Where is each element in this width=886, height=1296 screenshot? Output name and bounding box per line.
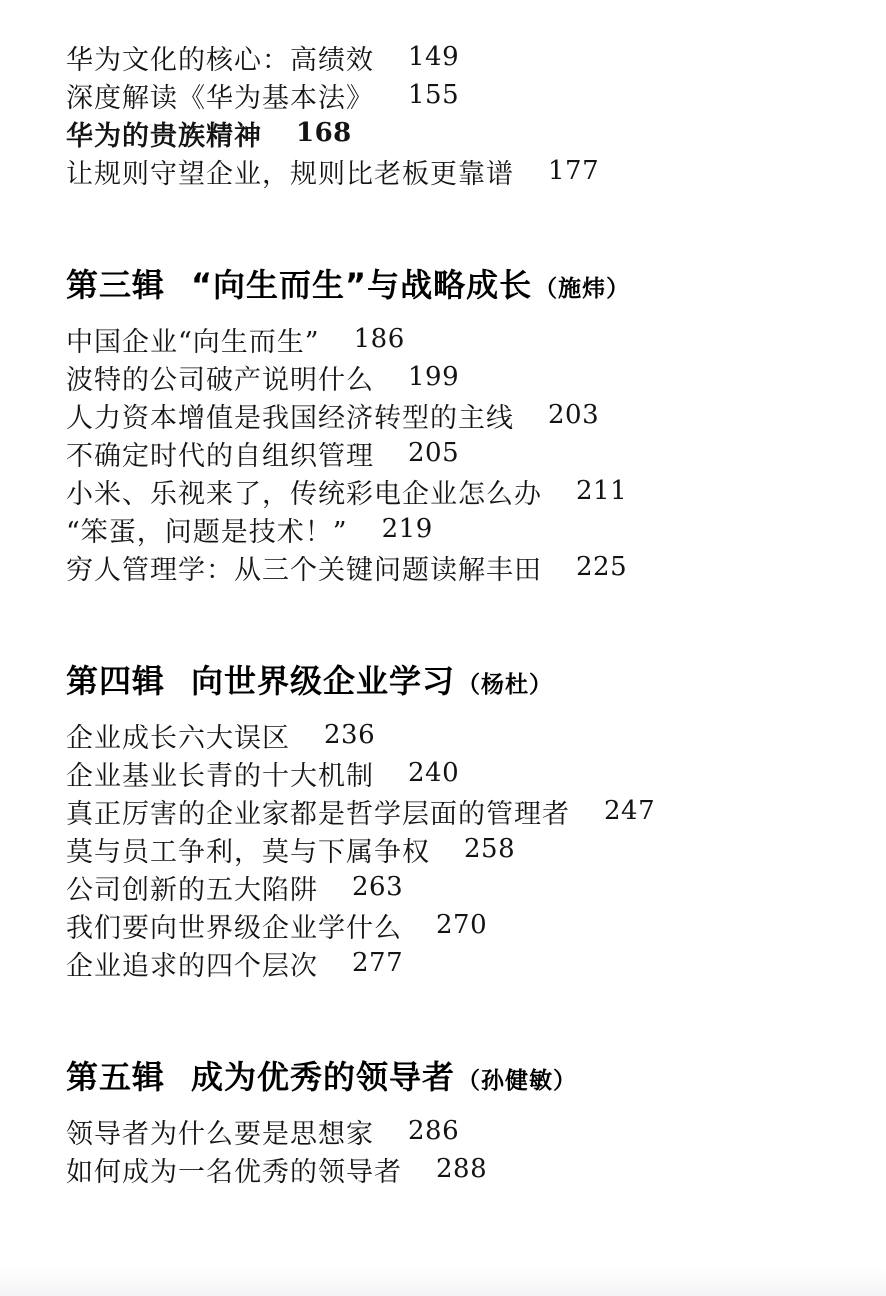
toc-entry-page-number: 258	[464, 834, 515, 864]
toc-entry-page-number: 205	[408, 438, 459, 468]
toc-entry-page-number: 219	[382, 514, 433, 544]
toc-section: 华为文化的核心：高绩效149深度解读《华为基本法》155华为的贵族精神168让规…	[66, 38, 846, 190]
toc-entry-title: 小米、乐视来了，传统彩电企业怎么办	[66, 472, 542, 511]
toc-entry-title: 中国企业“向生而生”	[66, 320, 320, 359]
section-heading-title: 向世界级企业学习	[191, 656, 455, 702]
toc-entry-title: 我们要向世界级企业学什么	[66, 906, 402, 945]
section-heading-label: 第五辑	[66, 1052, 165, 1098]
toc-entry-title: 不确定时代的自组织管理	[66, 434, 374, 473]
toc-entry-title: 领导者为什么要是思想家	[66, 1112, 374, 1151]
toc-entry-page-number: 236	[324, 720, 375, 750]
toc-entry: “笨蛋，问题是技术！”219	[66, 510, 846, 548]
section-heading-label: 第三辑	[66, 260, 165, 306]
toc-entry-title: 公司创新的五大陷阱	[66, 868, 318, 907]
toc-entry: 小米、乐视来了，传统彩电企业怎么办211	[66, 472, 846, 510]
toc-entry-page-number: 286	[408, 1116, 459, 1146]
toc-entry-page-number: 288	[436, 1154, 487, 1184]
toc-entry: 领导者为什么要是思想家286	[66, 1112, 846, 1150]
toc-entry-page-number: 263	[352, 872, 403, 902]
toc-entry-title: 让规则守望企业，规则比老板更靠谱	[66, 152, 514, 191]
toc-entry-page-number: 177	[548, 156, 599, 186]
toc-entry-title: 企业基业长青的十大机制	[66, 754, 374, 793]
toc-entry: 公司创新的五大陷阱263	[66, 868, 846, 906]
toc-entry: 波特的公司破产说明什么199	[66, 358, 846, 396]
toc-entry: 穷人管理学：从三个关键问题读解丰田225	[66, 548, 846, 586]
toc-entry-title: 企业成长六大误区	[66, 716, 290, 755]
section-heading-author: （施炜）	[534, 270, 630, 303]
toc-entry: 我们要向世界级企业学什么270	[66, 906, 846, 944]
toc-entry: 企业追求的四个层次277	[66, 944, 846, 982]
toc-entry-page-number: 247	[604, 796, 655, 826]
toc-section: 第五辑成为优秀的领导者（孙健敏）领导者为什么要是思想家286如何成为一名优秀的领…	[66, 1052, 846, 1188]
toc-entry-title: 莫与员工争利，莫与下属争权	[66, 830, 430, 869]
toc-entry: 让规则守望企业，规则比老板更靠谱177	[66, 152, 846, 190]
toc-entry-title: 企业追求的四个层次	[66, 944, 318, 983]
section-heading: 第四辑向世界级企业学习（杨杜）	[66, 656, 846, 702]
toc-entry-title: 真正厉害的企业家都是哲学层面的管理者	[66, 792, 570, 831]
toc-section: 第三辑“向生而生”与战略成长（施炜）中国企业“向生而生”186波特的公司破产说明…	[66, 260, 846, 586]
toc-section: 第四辑向世界级企业学习（杨杜）企业成长六大误区236企业基业长青的十大机制240…	[66, 656, 846, 982]
toc-entry-page-number: 277	[352, 948, 403, 978]
toc-entry-page-number: 203	[548, 400, 599, 430]
toc-entry-title: 华为文化的核心：高绩效	[66, 38, 374, 77]
toc-entry: 真正厉害的企业家都是哲学层面的管理者247	[66, 792, 846, 830]
toc-entry: 如何成为一名优秀的领导者288	[66, 1150, 846, 1188]
toc-entry-page-number: 240	[408, 758, 459, 788]
toc-entry-title: 华为的贵族精神	[66, 114, 262, 153]
toc-entry-page-number: 199	[408, 362, 459, 392]
toc-entry: 深度解读《华为基本法》155	[66, 76, 846, 114]
toc-entry-page-number: 225	[576, 552, 627, 582]
toc-entry-page-number: 168	[296, 118, 352, 148]
toc-entry: 莫与员工争利，莫与下属争权258	[66, 830, 846, 868]
toc-entry-page-number: 149	[408, 42, 459, 72]
toc-entry: 华为的贵族精神168	[66, 114, 846, 152]
toc-entry-title: 深度解读《华为基本法》	[66, 76, 374, 115]
toc-entry-page-number: 270	[436, 910, 487, 940]
section-heading: 第三辑“向生而生”与战略成长（施炜）	[66, 260, 846, 306]
section-heading-label: 第四辑	[66, 656, 165, 702]
toc-entry: 人力资本增值是我国经济转型的主线203	[66, 396, 846, 434]
toc-entry-page-number: 211	[576, 476, 627, 506]
toc-entry-title: 人力资本增值是我国经济转型的主线	[66, 396, 514, 435]
book-page: 华为文化的核心：高绩效149深度解读《华为基本法》155华为的贵族精神168让规…	[0, 0, 886, 1296]
toc-entry-title: 穷人管理学：从三个关键问题读解丰田	[66, 548, 542, 587]
section-heading-title: 成为优秀的领导者	[191, 1052, 455, 1098]
section-heading-author: （杨杜）	[457, 666, 553, 699]
section-heading-title: “向生而生”与战略成长	[191, 260, 532, 306]
toc-entry: 不确定时代的自组织管理205	[66, 434, 846, 472]
table-of-contents: 华为文化的核心：高绩效149深度解读《华为基本法》155华为的贵族精神168让规…	[0, 0, 886, 1188]
toc-entry: 企业基业长青的十大机制240	[66, 754, 846, 792]
toc-entry: 中国企业“向生而生”186	[66, 320, 846, 358]
section-heading-author: （孙健敏）	[457, 1062, 577, 1095]
toc-entry: 企业成长六大误区236	[66, 716, 846, 754]
section-heading: 第五辑成为优秀的领导者（孙健敏）	[66, 1052, 846, 1098]
toc-entry-title: 波特的公司破产说明什么	[66, 358, 374, 397]
toc-entry-page-number: 186	[354, 324, 405, 354]
page-bottom-fade	[0, 1268, 886, 1296]
toc-entry-title: “笨蛋，问题是技术！”	[66, 510, 348, 549]
toc-entry-title: 如何成为一名优秀的领导者	[66, 1150, 402, 1189]
toc-entry: 华为文化的核心：高绩效149	[66, 38, 846, 76]
toc-entry-page-number: 155	[408, 80, 459, 110]
